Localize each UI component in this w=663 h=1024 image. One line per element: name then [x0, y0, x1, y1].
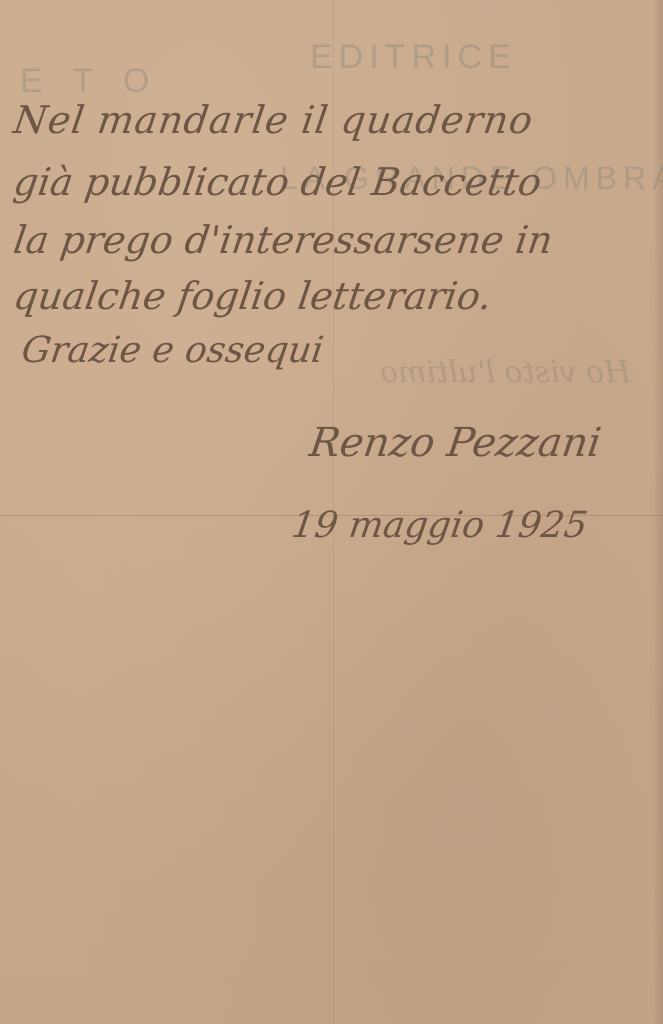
letterhead-line: ETO	[20, 62, 179, 101]
body-line: già pubblicato del Baccetto	[11, 160, 544, 204]
body-line: qualche foglio letterario.	[11, 274, 495, 318]
horizontal-fold	[0, 515, 663, 516]
bleed-line: Ho visto l'ultimo	[380, 355, 630, 390]
letterhead-line: EDITRICE	[310, 38, 517, 77]
body-line: la prego d'interessarsene in	[11, 218, 556, 262]
letter-sheet: EDITRICE ETO LA GRANDE OMBRA Ho visto l'…	[0, 0, 663, 1024]
closing-line: Grazie e ossequi	[19, 330, 326, 371]
body-line: Nel mandarle il quaderno	[11, 98, 536, 142]
signature: Renzo Pezzani	[307, 420, 604, 466]
letter-date: 19 maggio 1925	[289, 505, 590, 546]
paper-edge-shadow	[653, 0, 663, 1024]
vertical-fold	[333, 0, 334, 1024]
